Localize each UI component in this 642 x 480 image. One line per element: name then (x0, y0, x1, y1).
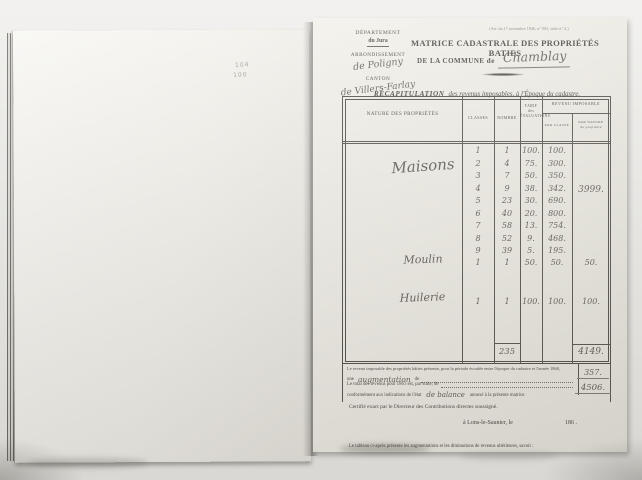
cell-nombre: 1 (494, 297, 520, 306)
scanned-document: 104 100 (Arr. du 17 novembre 1846, n° 90… (0, 0, 642, 480)
cell-tarif: 100. (520, 297, 542, 306)
table-rule (343, 141, 610, 142)
recap-table: NATURE DES PROPRIÉTÉS CLASSES NOMBRE TAR… (342, 96, 611, 364)
footer-line2-text: Le total des revenus pour 1861 est, par … (347, 382, 439, 388)
cell-revenu-classe: 300. (542, 158, 572, 171)
cell-classe: 2 (462, 158, 494, 171)
cell-nombre: 1 (494, 258, 520, 267)
tarif-line3: ÉVALUATIONS (520, 114, 542, 119)
cell-classe: 3 (462, 170, 494, 183)
cell-classe: 6 (462, 208, 494, 221)
left-blank-page: 104 100 (13, 29, 311, 463)
table-rule (572, 344, 610, 345)
handwriting-underline (498, 66, 570, 68)
cell-nombre: 58 (494, 220, 520, 233)
table-rule (542, 113, 610, 114)
cell-nombre: 9 (494, 183, 520, 196)
cell-revenu-classe: 342. (542, 183, 572, 196)
col-header-par-nature: PAR NATURE de propriété (572, 120, 610, 129)
cell-revenu-classe: 100. (542, 145, 572, 158)
maisons-total-revenu: 3999. (572, 185, 610, 195)
par-nature-line2: de propriété (572, 125, 610, 130)
cell-tarif: 5. (520, 245, 542, 258)
footer-line2: Le total des revenus pour 1861 est, par … (347, 382, 575, 388)
pencil-folio-number-top: 104 (235, 61, 250, 69)
cell-tarif: 50. (520, 258, 542, 267)
cell-revenu-classe: 468. (542, 233, 572, 246)
table-rule (572, 113, 573, 363)
total-revenu: 4149. (572, 347, 610, 357)
nature-label-huilerie: Huilerie (385, 290, 460, 306)
cell-revenu-classe: 754. (542, 220, 572, 233)
col-header-par-classe: PAR CLASSE (542, 123, 572, 128)
cell-tarif: 13. (520, 220, 542, 233)
footer-line3-prefix: conformément aux indications de l'état (347, 393, 421, 399)
cell-revenu-classe: 800. (542, 208, 572, 221)
col-header-classes: CLASSES (462, 115, 494, 120)
cell-nombre: 40 (494, 208, 520, 221)
col-header-nombre: NOMBRE (494, 115, 520, 120)
cell-tarif: 38. (520, 183, 542, 196)
total-nombre: 235 (494, 347, 520, 357)
cell-classe: 1 (462, 258, 494, 267)
print-reference: (Arr. du 17 novembre 1846, n° 903, série… (453, 26, 605, 31)
maisons-rows: 11100.100. 2475.300. 3750.350. 4938.342.… (462, 145, 572, 258)
department-label: DÉPARTEMENT (343, 30, 413, 36)
nature-label-moulin: Moulin (393, 252, 453, 267)
amount-underline (577, 378, 609, 379)
moulin-total-revenu: 50. (572, 258, 610, 267)
footer-recap-box: Le revenu imposable des propriétés bâtie… (342, 364, 611, 402)
cell-classe: 9 (462, 245, 494, 258)
footer-amount-1: 357. (579, 368, 607, 377)
scan-smudge (28, 458, 148, 468)
cell-tarif: 9. (520, 233, 542, 246)
col-header-nature: NATURE DES PROPRIÉTÉS (343, 111, 462, 118)
pencil-folio-number-bottom: 100 (233, 71, 248, 79)
cell-tarif: 100. (520, 145, 542, 158)
cell-tarif: 20. (520, 208, 542, 221)
year-blank: 186 . (565, 420, 577, 426)
scan-smudge (460, 452, 560, 460)
cell-classe: 7 (462, 220, 494, 233)
margin-rule (367, 46, 389, 47)
cell-nombre: 39 (494, 245, 520, 258)
cell-revenu-classe: 690. (542, 195, 572, 208)
amount-underline (575, 393, 611, 394)
commune-value: Chamblay (503, 48, 567, 65)
huilerie-row: 1 1 100. 100. (462, 297, 572, 306)
cell-revenu-classe: 50. (542, 258, 572, 267)
footer-line1: Le revenu imposable des propriétés bâtie… (347, 366, 575, 372)
ornament-divider (481, 73, 525, 76)
col-header-tarif: TARIF des ÉVALUATIONS (520, 104, 542, 119)
cell-nombre: 23 (494, 195, 520, 208)
cell-revenu-classe: 350. (542, 170, 572, 183)
cell-tarif: 30. (520, 195, 542, 208)
table-rule (343, 143, 610, 144)
moulin-row: 1 1 50. 50. (462, 258, 572, 267)
cell-classe: 5 (462, 195, 494, 208)
dotted-leader (441, 383, 573, 388)
commune-label: DE LA COMMUNE de (417, 57, 495, 65)
cell-tarif: 75. (520, 158, 542, 171)
cell-nombre: 4 (494, 158, 520, 171)
table-rule (494, 343, 520, 344)
scan-smudge (340, 444, 430, 454)
footer-line3: conformément aux indications de l'état d… (347, 391, 575, 399)
place-date-line: à Lons-le-Saunier, le (463, 420, 513, 426)
cell-nombre: 52 (494, 233, 520, 246)
footer-amount-2: 4506. (576, 383, 610, 393)
cell-nombre: 7 (494, 170, 520, 183)
cell-classe: 1 (462, 297, 494, 306)
footer-line3-suffix: annexé à la présente matrice. (470, 393, 526, 399)
cell-classe: 8 (462, 233, 494, 246)
cell-nombre: 1 (494, 145, 520, 158)
cell-classe: 4 (462, 183, 494, 196)
right-form-page: (Arr. du 17 novembre 1846, n° 903, série… (313, 18, 627, 452)
col-group-revenu: REVENU IMPOSABLE (542, 101, 610, 106)
cell-revenu-classe: 100. (542, 297, 572, 306)
cell-revenu-classe: 195. (542, 245, 572, 258)
cell-classe: 1 (462, 145, 494, 158)
footer-line3-handwritten: de balance (426, 391, 465, 399)
huilerie-total-revenu: 100. (572, 297, 610, 306)
certified-line: Certifié exact par le Directeur des Cont… (349, 404, 498, 410)
cell-tarif: 50. (520, 170, 542, 183)
